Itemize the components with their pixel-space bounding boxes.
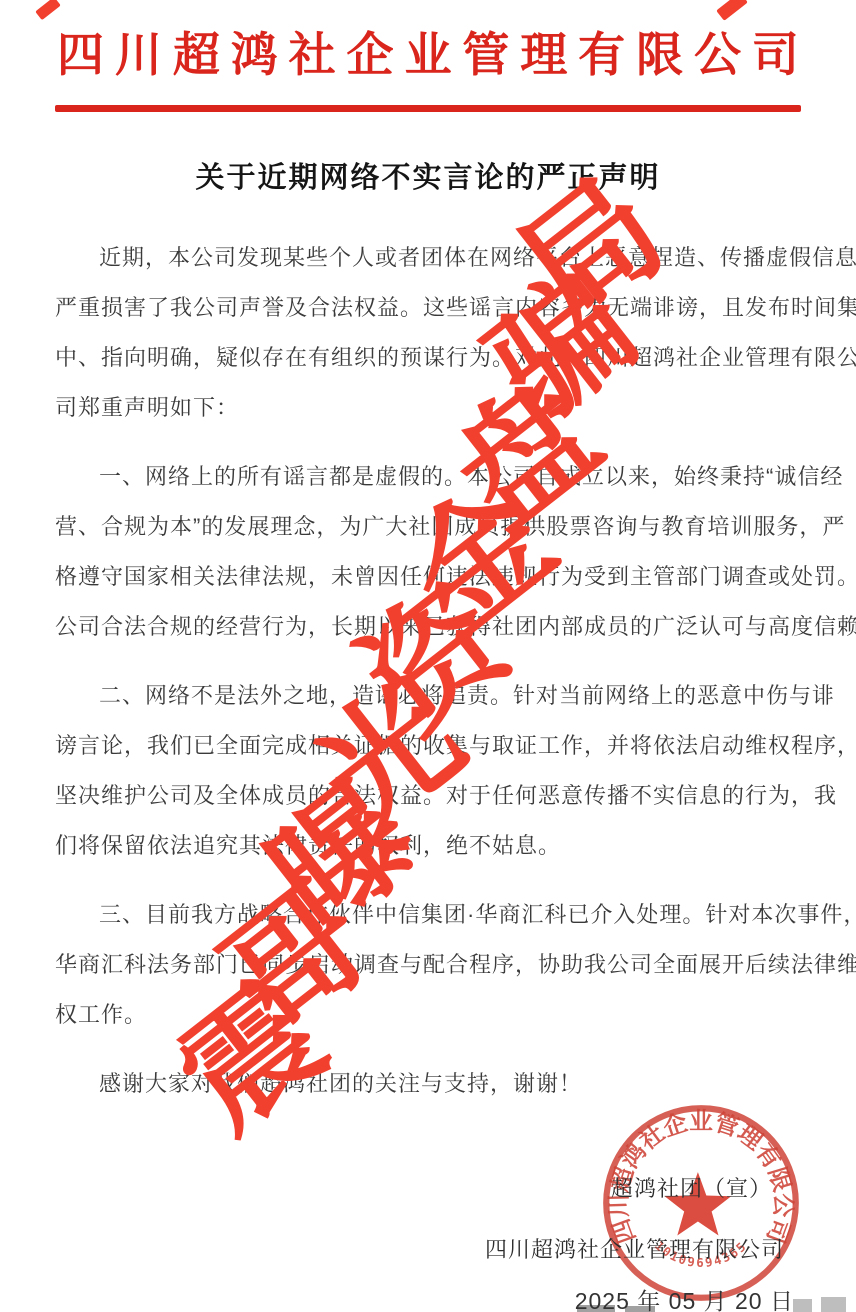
- letterhead-char: 理: [520, 18, 567, 85]
- letterhead-char: 四: [57, 18, 104, 85]
- company-seal-stamp: 四川超鸿社企业管理有限公司 3101096943659: [598, 1100, 804, 1306]
- statement-title: 关于近期网络不实言论的严正声明: [0, 155, 856, 196]
- letterhead-char: 川: [115, 18, 162, 85]
- letterhead-char: 有: [578, 18, 625, 85]
- letterhead-char: 管: [462, 18, 509, 85]
- letterhead-char: 社: [289, 18, 336, 85]
- signoff-date: 2025 年 05 月 20 日: [575, 1283, 794, 1312]
- statement-document-page: 四川超鸿社企业管理有限公司 关于近期网络不实言论的严正声明 近期，本公司发现某些…: [0, 0, 856, 1312]
- letterhead-char: 业: [404, 18, 451, 85]
- letterhead-char: 司: [752, 18, 799, 85]
- body-line: 一、网络上的所有谣言都是虚假的。本公司自成立以来，始终秉持“诚信经: [55, 452, 803, 502]
- body-line: 华商汇科法务部门已同步启动调查与配合程序，协助我公司全面展开后续法律维: [55, 940, 803, 990]
- letterhead-divider-rule: [55, 105, 801, 112]
- body-line: 中、指向明确，疑似存在有组织的预谋行为。对此，四川超鸿社企业管理有限公: [55, 333, 803, 383]
- letterhead-company-name: 四川超鸿社企业管理有限公司: [57, 22, 799, 80]
- signoff-company-name: 四川超鸿社企业管理有限公司: [485, 1233, 784, 1264]
- letterhead-char: 超: [173, 18, 220, 85]
- letterhead-char: 限: [636, 18, 683, 85]
- letterhead-char: 企: [347, 18, 394, 85]
- letterhead-char: 公: [694, 18, 741, 85]
- signoff-organization: 超鸿社团（宣）: [611, 1172, 772, 1203]
- paragraph: 三、目前我方战略合作伙伴中信集团·华商汇科已介入处理。针对本次事件，华商汇科法务…: [55, 890, 803, 1040]
- body-line: 严重损害了我公司声誉及合法权益。这些谣言内容多为无端诽谤，且发布时间集: [55, 283, 803, 333]
- body-line: 司郑重声明如下：: [55, 383, 803, 433]
- body-line: 三、目前我方战略合作伙伴中信集团·华商汇科已介入处理。针对本次事件，: [55, 890, 803, 940]
- letterhead-char: 鸿: [231, 18, 278, 85]
- cutoff-text-fragment: [821, 1297, 846, 1312]
